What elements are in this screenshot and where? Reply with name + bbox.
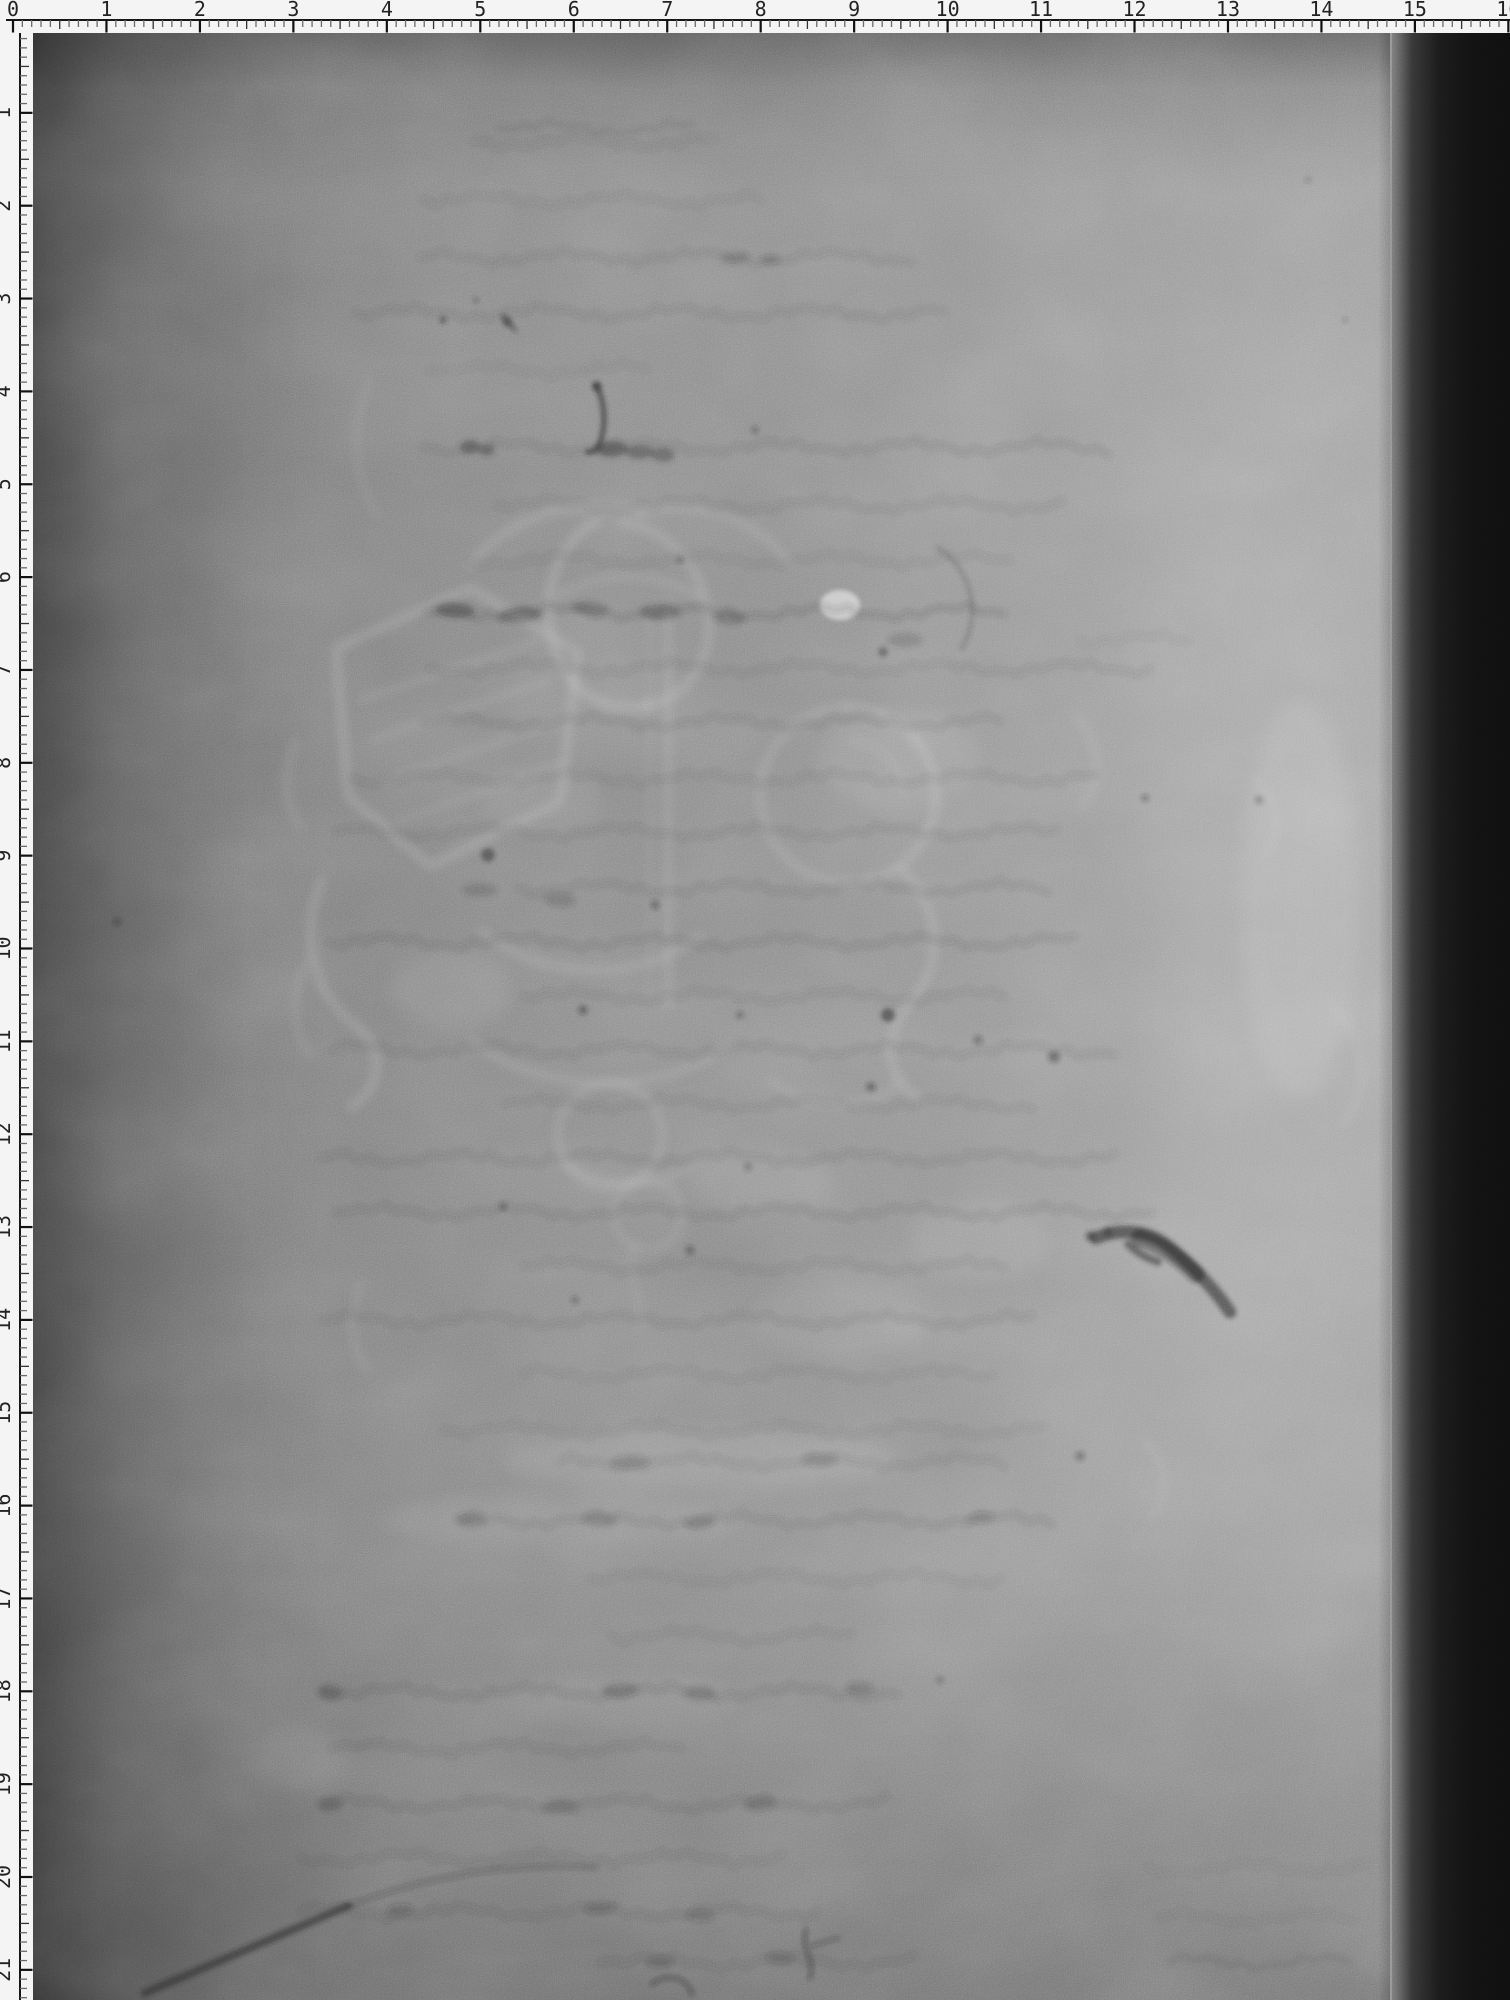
left-ruler: 123456789101112131415161718192021 (0, 0, 33, 2000)
left-ruler-number: 15 (0, 1401, 15, 1425)
left-ruler-number: 11 (0, 1029, 15, 1053)
dark-right-band (1392, 33, 1510, 2000)
left-ruler-scale: 123456789101112131415161718192021 (0, 0, 33, 2000)
left-ruler-number: 1 (0, 107, 15, 119)
left-ruler-number: 5 (0, 478, 15, 490)
top-ruler-number: 14 (1309, 0, 1333, 21)
top-ruler-number: 0 (7, 0, 19, 21)
top-ruler-number: 2 (194, 0, 206, 21)
left-ruler-number: 8 (0, 757, 15, 769)
left-ruler-number: 18 (0, 1679, 15, 1703)
photo-canvas: 123456789101112131415161718192021 012345… (0, 0, 1510, 2000)
top-ruler-scale: 012345678910111213141516 (0, 0, 1510, 33)
left-ruler-number: 19 (0, 1772, 15, 1796)
left-ruler-number: 3 (0, 293, 15, 305)
top-ruler-number: 11 (1029, 0, 1053, 21)
document-page (0, 0, 1510, 2000)
left-ruler-number: 21 (0, 1958, 15, 1982)
film-grain-overlay (0, 0, 1510, 2000)
top-ruler-number: 1 (100, 0, 112, 21)
page-surface (0, 0, 1510, 2000)
left-ruler-number: 10 (0, 936, 15, 960)
top-ruler-number: 4 (381, 0, 393, 21)
left-ruler-number: 13 (0, 1215, 15, 1239)
left-ruler-number: 7 (0, 664, 15, 676)
left-ruler-number: 2 (0, 200, 15, 212)
top-ruler-number: 3 (287, 0, 299, 21)
top-ruler-number: 8 (755, 0, 767, 21)
top-ruler-number: 10 (936, 0, 960, 21)
top-ruler-number: 5 (474, 0, 486, 21)
left-ruler-number: 14 (0, 1308, 15, 1332)
left-ruler-number: 16 (0, 1494, 15, 1518)
top-ruler-number: 6 (568, 0, 580, 21)
left-ruler-number: 4 (0, 385, 15, 397)
left-ruler-number: 6 (0, 571, 15, 583)
top-ruler-number: 16 (1496, 0, 1510, 21)
left-ruler-number: 17 (0, 1586, 15, 1610)
left-ruler-number: 9 (0, 850, 15, 862)
top-ruler: 012345678910111213141516 (0, 0, 1510, 33)
top-ruler-number: 12 (1122, 0, 1146, 21)
top-ruler-number: 7 (661, 0, 673, 21)
top-ruler-number: 15 (1403, 0, 1427, 21)
top-ruler-number: 13 (1216, 0, 1240, 21)
top-ruler-number: 9 (848, 0, 860, 21)
left-ruler-number: 12 (0, 1122, 15, 1146)
left-ruler-number: 20 (0, 1865, 15, 1889)
